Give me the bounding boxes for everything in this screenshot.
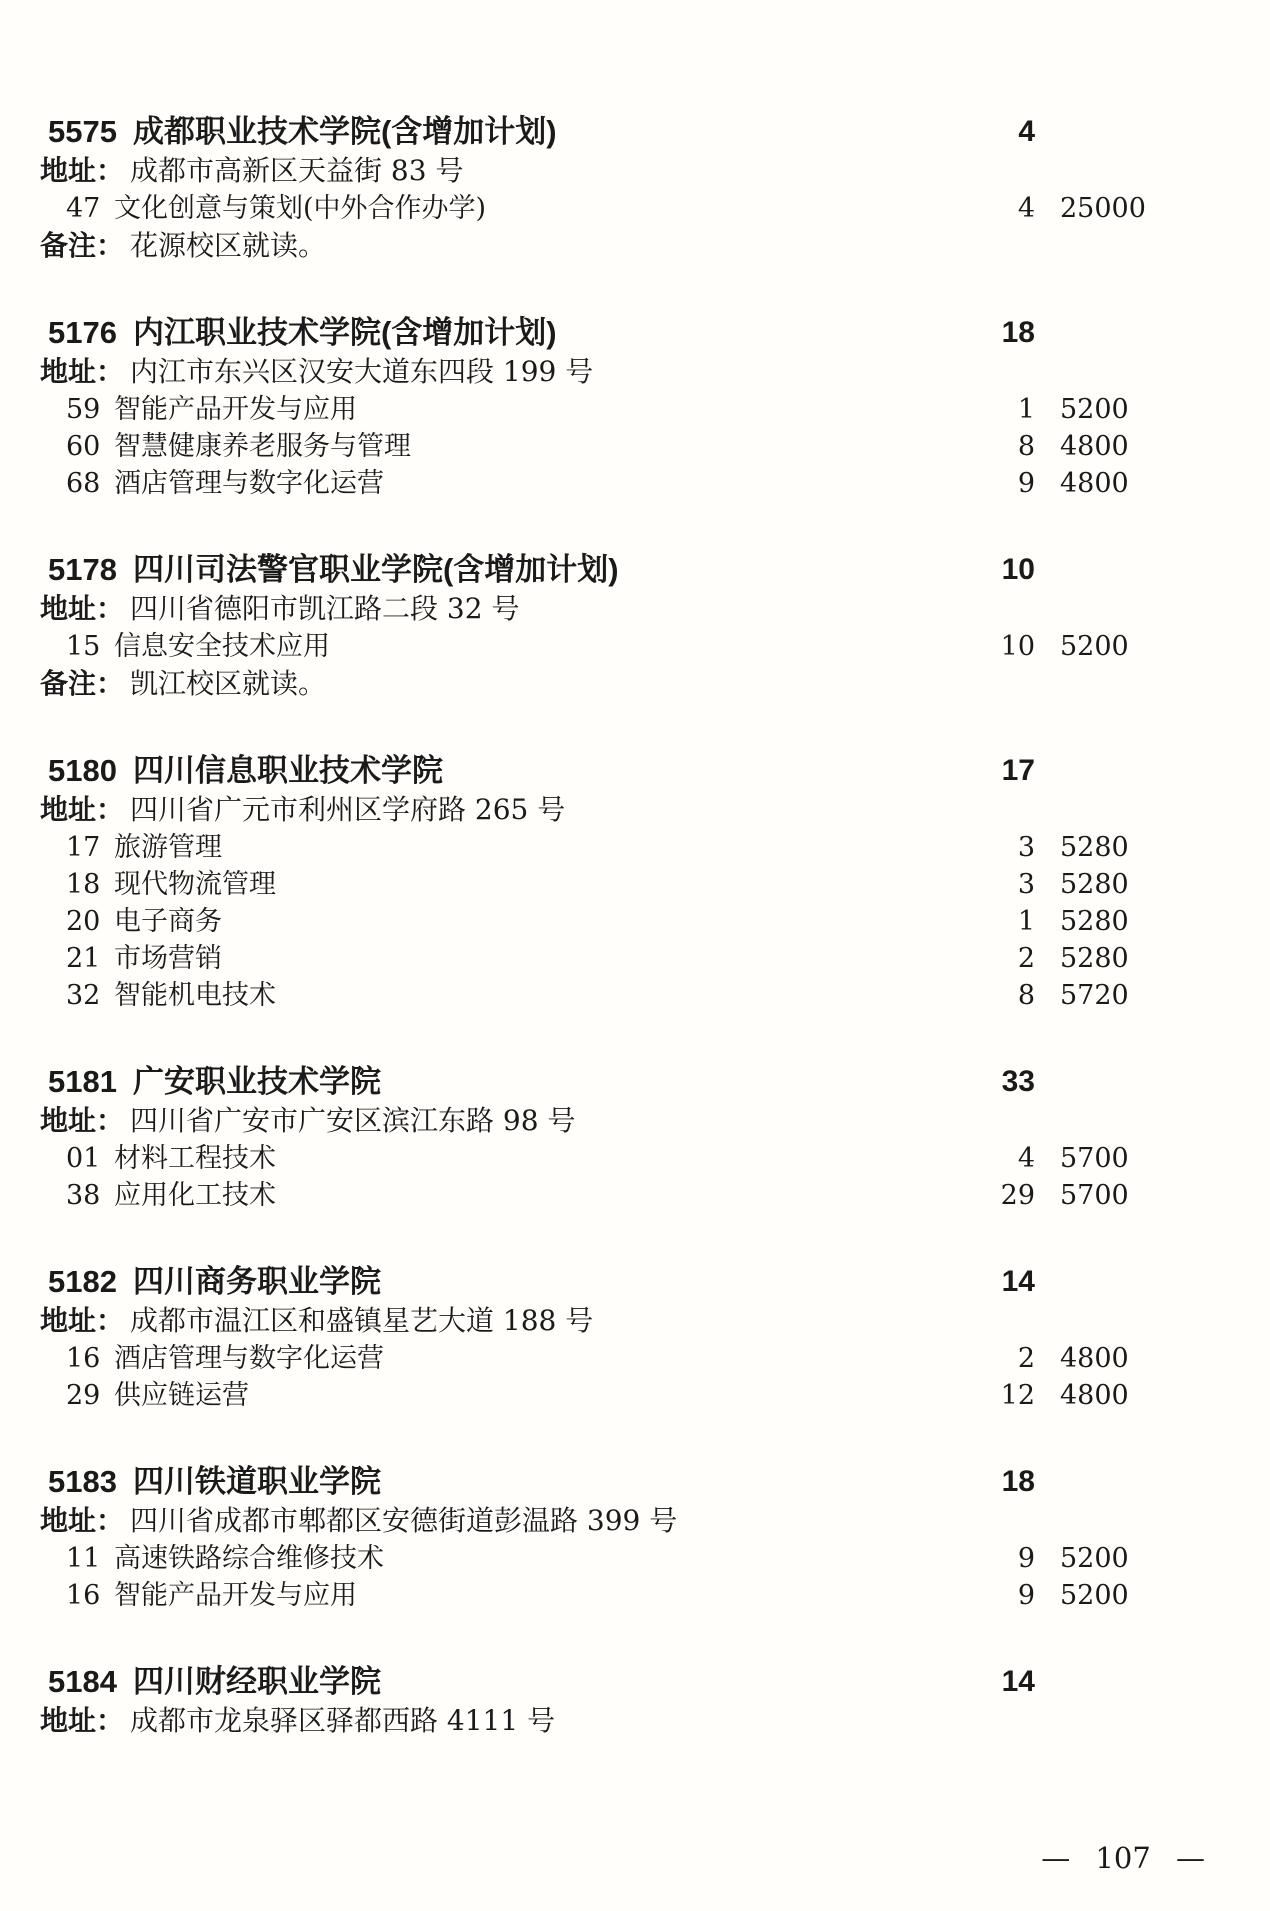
major-fee: 5280 — [1060, 903, 1129, 940]
address-line: 地址：四川省成都市郫都区安德街道彭温路 399 号 — [0, 1502, 1270, 1540]
college-code: 5182 — [48, 1264, 117, 1299]
address-label: 地址： — [40, 356, 124, 387]
major-quota: 2 — [935, 940, 1035, 977]
college-name: 内江职业技术学院(含增加计划) — [133, 315, 557, 350]
college-code: 5178 — [48, 552, 117, 587]
major-fee: 5200 — [1060, 1540, 1129, 1577]
college-name: 四川司法警官职业学院(含增加计划) — [133, 552, 619, 587]
college-header: 5180四川信息职业技术学院 17 — [0, 751, 1270, 791]
college-total-quota: 17 — [935, 751, 1035, 791]
major-fee: 5700 — [1060, 1140, 1129, 1177]
address-line: 地址：成都市高新区天益街 83 号 — [0, 152, 1270, 190]
major-code: 11 — [66, 1540, 104, 1577]
address-label: 地址： — [40, 155, 124, 186]
address-text: 四川省成都市郫都区安德街道彭温路 399 号 — [130, 1504, 677, 1537]
major-quota: 3 — [935, 829, 1035, 866]
college-total-quota: 14 — [935, 1662, 1035, 1702]
major-name: 酒店管理与数字化运营 — [114, 468, 384, 499]
college-name: 四川信息职业技术学院 — [133, 753, 443, 788]
address-label: 地址： — [40, 1505, 124, 1536]
college-block: 5182四川商务职业学院 14 地址：成都市温江区和盛镇星艺大道 188 号 1… — [0, 1262, 1270, 1414]
note-text: 凯江校区就读。 — [130, 667, 326, 700]
major-name: 市场营销 — [114, 943, 222, 974]
major-name: 高速铁路综合维修技术 — [114, 1543, 384, 1574]
major-name: 现代物流管理 — [114, 869, 276, 900]
college-code: 5181 — [48, 1064, 117, 1099]
college-code: 5184 — [48, 1664, 117, 1699]
address-label: 地址： — [40, 1105, 124, 1136]
college-block: 5180四川信息职业技术学院 17 地址：四川省广元市利州区学府路 265 号 … — [0, 751, 1270, 1014]
major-quota: 3 — [935, 866, 1035, 903]
address-text: 四川省德阳市凯江路二段 32 号 — [130, 592, 519, 625]
major-fee: 5280 — [1060, 829, 1129, 866]
major-row: 11高速铁路综合维修技术 9 5200 — [0, 1540, 1270, 1577]
major-row: 47文化创意与策划(中外合作办学) 4 25000 — [0, 190, 1270, 227]
major-code: 47 — [66, 190, 104, 227]
college-header: 5181广安职业技术学院 33 — [0, 1062, 1270, 1102]
college-name: 广安职业技术学院 — [133, 1064, 381, 1099]
major-fee: 5280 — [1060, 866, 1129, 903]
major-row: 32智能机电技术 8 5720 — [0, 977, 1270, 1014]
college-total-quota: 14 — [935, 1262, 1035, 1302]
major-quota: 12 — [935, 1377, 1035, 1414]
page-number: — 107 — — [1041, 1838, 1205, 1878]
address-label: 地址： — [40, 593, 124, 624]
major-list: 17旅游管理 3 5280 18现代物流管理 3 5280 20电子商务 1 5… — [0, 829, 1270, 1014]
major-code: 38 — [66, 1177, 104, 1214]
address-line: 地址：四川省广安市广安区滨江东路 98 号 — [0, 1102, 1270, 1140]
major-name: 应用化工技术 — [114, 1180, 276, 1211]
major-list: 01材料工程技术 4 5700 38应用化工技术 29 5700 — [0, 1140, 1270, 1214]
major-name: 电子商务 — [114, 906, 222, 937]
college-header: 5178四川司法警官职业学院(含增加计划) 10 — [0, 550, 1270, 590]
major-row: 16智能产品开发与应用 9 5200 — [0, 1577, 1270, 1614]
major-code: 17 — [66, 829, 104, 866]
college-name: 四川商务职业学院 — [133, 1264, 381, 1299]
major-quota: 1 — [935, 903, 1035, 940]
address-text: 成都市温江区和盛镇星艺大道 188 号 — [130, 1304, 593, 1337]
college-header: 5184四川财经职业学院 14 — [0, 1662, 1270, 1702]
college-code: 5575 — [48, 114, 117, 149]
address-label: 地址： — [40, 1305, 124, 1336]
major-name: 文化创意与策划(中外合作办学) — [114, 193, 486, 224]
major-fee: 4800 — [1060, 428, 1129, 465]
college-total-quota: 33 — [935, 1062, 1035, 1102]
major-code: 01 — [66, 1140, 104, 1177]
major-list: 59智能产品开发与应用 1 5200 60智慧健康养老服务与管理 8 4800 … — [0, 391, 1270, 502]
college-name: 成都职业技术学院(含增加计划) — [133, 114, 557, 149]
major-code: 59 — [66, 391, 104, 428]
major-name: 旅游管理 — [114, 832, 222, 863]
major-code: 21 — [66, 940, 104, 977]
major-fee: 25000 — [1060, 190, 1146, 227]
address-text: 成都市龙泉驿区驿都西路 4111 号 — [130, 1704, 555, 1737]
major-row: 29供应链运营 12 4800 — [0, 1377, 1270, 1414]
major-code: 15 — [66, 628, 104, 665]
college-block: 5183四川铁道职业学院 18 地址：四川省成都市郫都区安德街道彭温路 399 … — [0, 1462, 1270, 1614]
address-text: 四川省广元市利州区学府路 265 号 — [130, 793, 565, 826]
major-row: 15信息安全技术应用 10 5200 — [0, 628, 1270, 665]
major-row: 17旅游管理 3 5280 — [0, 829, 1270, 866]
college-header: 5176内江职业技术学院(含增加计划) 18 — [0, 313, 1270, 353]
major-quota: 9 — [935, 1577, 1035, 1614]
major-row: 18现代物流管理 3 5280 — [0, 866, 1270, 903]
major-row: 68酒店管理与数字化运营 9 4800 — [0, 465, 1270, 502]
major-row: 20电子商务 1 5280 — [0, 903, 1270, 940]
major-code: 60 — [66, 428, 104, 465]
major-quota: 8 — [935, 977, 1035, 1014]
major-quota: 4 — [935, 1140, 1035, 1177]
major-quota: 29 — [935, 1177, 1035, 1214]
note-line: 备注：花源校区就读。 — [0, 227, 1270, 265]
college-block: 5184四川财经职业学院 14 地址：成都市龙泉驿区驿都西路 4111 号 — [0, 1662, 1270, 1740]
college-code: 5183 — [48, 1464, 117, 1499]
major-name: 信息安全技术应用 — [114, 631, 330, 662]
major-name: 酒店管理与数字化运营 — [114, 1343, 384, 1374]
college-total-quota: 18 — [935, 1462, 1035, 1502]
note-text: 花源校区就读。 — [130, 229, 326, 262]
major-code: 16 — [66, 1340, 104, 1377]
major-fee: 4800 — [1060, 465, 1129, 502]
major-fee: 5200 — [1060, 391, 1129, 428]
major-quota: 2 — [935, 1340, 1035, 1377]
college-total-quota: 10 — [935, 550, 1035, 590]
major-quota: 8 — [935, 428, 1035, 465]
major-fee: 4800 — [1060, 1377, 1129, 1414]
college-block: 5575成都职业技术学院(含增加计划) 4 地址：成都市高新区天益街 83 号 … — [0, 112, 1270, 265]
major-name: 智能产品开发与应用 — [114, 394, 357, 425]
major-list: 15信息安全技术应用 10 5200 — [0, 628, 1270, 665]
major-quota: 4 — [935, 190, 1035, 227]
address-text: 成都市高新区天益街 83 号 — [130, 154, 463, 187]
college-block: 5176内江职业技术学院(含增加计划) 18 地址：内江市东兴区汉安大道东四段 … — [0, 313, 1270, 502]
major-list: 11高速铁路综合维修技术 9 5200 16智能产品开发与应用 9 5200 — [0, 1540, 1270, 1614]
major-name: 材料工程技术 — [114, 1143, 276, 1174]
note-line: 备注：凯江校区就读。 — [0, 665, 1270, 703]
address-line: 地址：内江市东兴区汉安大道东四段 199 号 — [0, 353, 1270, 391]
address-line: 地址：四川省广元市利州区学府路 265 号 — [0, 791, 1270, 829]
major-code: 18 — [66, 866, 104, 903]
college-name: 四川财经职业学院 — [133, 1664, 381, 1699]
major-name: 智慧健康养老服务与管理 — [114, 431, 411, 462]
address-label: 地址： — [40, 1705, 124, 1736]
major-code: 68 — [66, 465, 104, 502]
major-quota: 10 — [935, 628, 1035, 665]
address-line: 地址：四川省德阳市凯江路二段 32 号 — [0, 590, 1270, 628]
note-label: 备注： — [40, 230, 124, 261]
college-block: 5178四川司法警官职业学院(含增加计划) 10 地址：四川省德阳市凯江路二段 … — [0, 550, 1270, 703]
college-header: 5182四川商务职业学院 14 — [0, 1262, 1270, 1302]
major-code: 16 — [66, 1577, 104, 1614]
major-code: 32 — [66, 977, 104, 1014]
major-row: 01材料工程技术 4 5700 — [0, 1140, 1270, 1177]
major-list: 47文化创意与策划(中外合作办学) 4 25000 — [0, 190, 1270, 227]
major-fee: 5700 — [1060, 1177, 1129, 1214]
college-header: 5575成都职业技术学院(含增加计划) 4 — [0, 112, 1270, 152]
major-fee: 5280 — [1060, 940, 1129, 977]
major-row: 16酒店管理与数字化运营 2 4800 — [0, 1340, 1270, 1377]
address-line: 地址：成都市温江区和盛镇星艺大道 188 号 — [0, 1302, 1270, 1340]
major-list: 16酒店管理与数字化运营 2 4800 29供应链运营 12 4800 — [0, 1340, 1270, 1414]
major-name: 智能机电技术 — [114, 980, 276, 1011]
major-row: 59智能产品开发与应用 1 5200 — [0, 391, 1270, 428]
college-code: 5176 — [48, 315, 117, 350]
major-name: 智能产品开发与应用 — [114, 1580, 357, 1611]
admission-plan-page: 5575成都职业技术学院(含增加计划) 4 地址：成都市高新区天益街 83 号 … — [0, 0, 1270, 1911]
major-row: 60智慧健康养老服务与管理 8 4800 — [0, 428, 1270, 465]
college-code: 5180 — [48, 753, 117, 788]
college-name: 四川铁道职业学院 — [133, 1464, 381, 1499]
major-fee: 5720 — [1060, 977, 1129, 1014]
college-block: 5181广安职业技术学院 33 地址：四川省广安市广安区滨江东路 98 号 01… — [0, 1062, 1270, 1214]
college-total-quota: 4 — [935, 112, 1035, 152]
major-row: 21市场营销 2 5280 — [0, 940, 1270, 977]
address-line: 地址：成都市龙泉驿区驿都西路 4111 号 — [0, 1702, 1270, 1740]
major-code: 20 — [66, 903, 104, 940]
major-code: 29 — [66, 1377, 104, 1414]
major-fee: 4800 — [1060, 1340, 1129, 1377]
major-row: 38应用化工技术 29 5700 — [0, 1177, 1270, 1214]
college-header: 5183四川铁道职业学院 18 — [0, 1462, 1270, 1502]
college-list: 5575成都职业技术学院(含增加计划) 4 地址：成都市高新区天益街 83 号 … — [0, 112, 1270, 1740]
college-total-quota: 18 — [935, 313, 1035, 353]
address-text: 内江市东兴区汉安大道东四段 199 号 — [130, 355, 593, 388]
major-quota: 1 — [935, 391, 1035, 428]
note-label: 备注： — [40, 668, 124, 699]
address-text: 四川省广安市广安区滨江东路 98 号 — [130, 1104, 575, 1137]
major-fee: 5200 — [1060, 628, 1129, 665]
major-fee: 5200 — [1060, 1577, 1129, 1614]
major-quota: 9 — [935, 1540, 1035, 1577]
address-label: 地址： — [40, 794, 124, 825]
major-name: 供应链运营 — [114, 1380, 249, 1411]
major-quota: 9 — [935, 465, 1035, 502]
